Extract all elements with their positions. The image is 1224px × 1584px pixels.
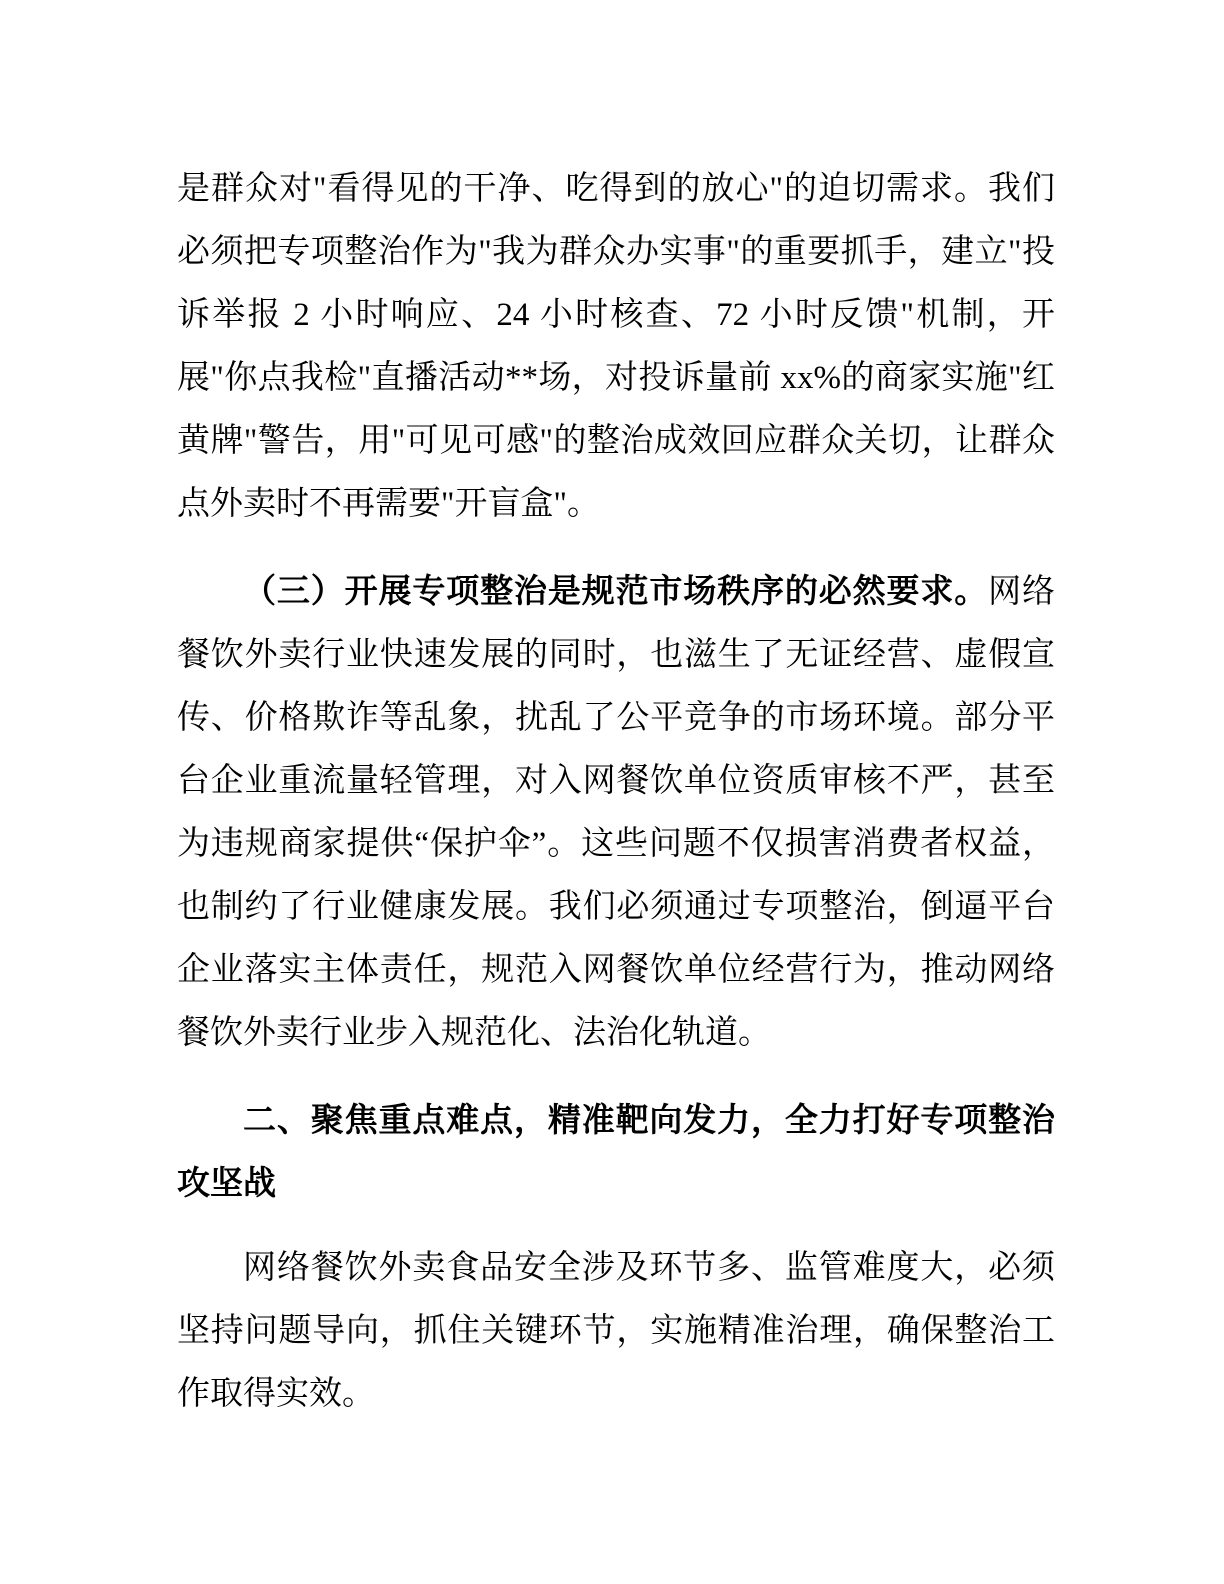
paragraph-section-three: （三）开展专项整治是规范市场秩序的必然要求。网络餐饮外卖行业快速发展的同时，也滋… (177, 559, 1055, 1065)
paragraph-continuation-text: 是群众对"看得见的干净、吃得到的放心"的迫切需求。我们必须把专项整治作为"我为群… (177, 171, 1055, 522)
paragraph-overview: 网络餐饮外卖食品安全涉及环节多、监管难度大，必须坚持问题导向，抓住关键环节，实施… (177, 1237, 1055, 1426)
section-two-heading-text: 二、聚焦重点难点，精准靶向发力，全力打好专项整治攻坚战 (177, 1101, 1055, 1201)
paragraph-overview-text: 网络餐饮外卖食品安全涉及环节多、监管难度大，必须坚持问题导向，抓住关键环节，实施… (177, 1250, 1055, 1412)
section-three-heading: （三）开展专项整治是规范市场秩序的必然要求。 (243, 572, 988, 609)
paragraph-continuation: 是群众对"看得见的干净、吃得到的放心"的迫切需求。我们必须把专项整治作为"我为群… (177, 158, 1055, 536)
document-page: 是群众对"看得见的干净、吃得到的放心"的迫切需求。我们必须把专项整治作为"我为群… (0, 0, 1224, 1584)
section-two-heading: 二、聚焦重点难点，精准靶向发力，全力打好专项整治攻坚战 (177, 1088, 1055, 1214)
section-three-body-text: 网络餐饮外卖行业快速发展的同时，也滋生了无证经营、虚假宣传、价格欺诈等乱象，扰乱… (177, 574, 1055, 1051)
